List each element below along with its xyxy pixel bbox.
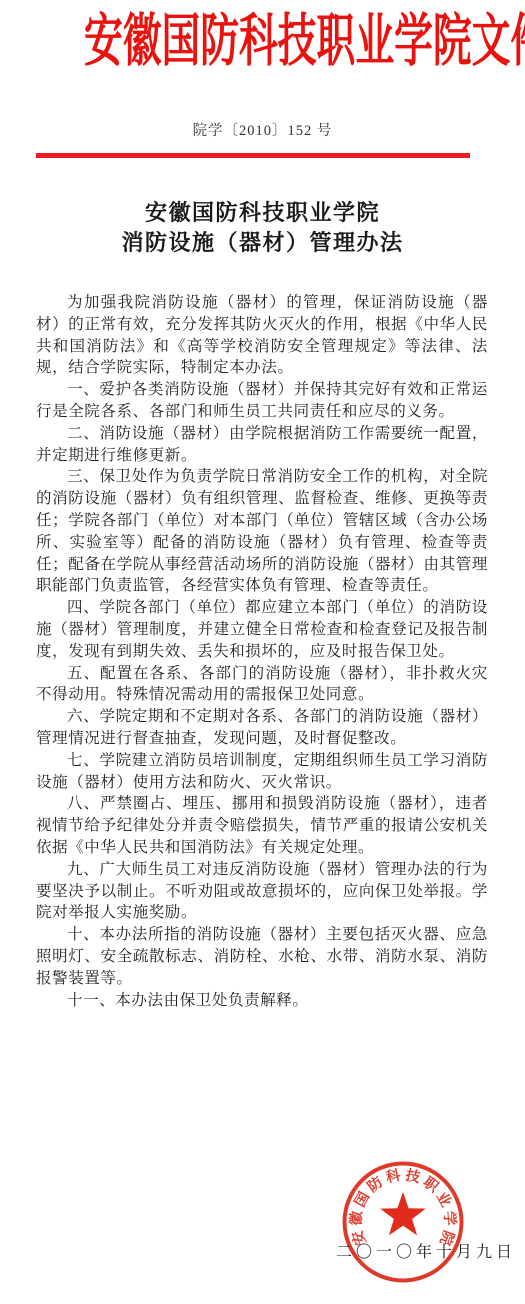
issue-date: 二〇一〇年十月九日	[336, 1243, 516, 1262]
body-paragraph: 十、本办法所指的消防设施（器材）主要包括灭火器、应急照明灯、安全疏散标志、消防栓…	[36, 924, 488, 989]
body-paragraph: 八、严禁圈占、埋压、挪用和损毁消防设施（器材），违者视情节给予纪律处分并责令赔偿…	[36, 793, 488, 858]
body-paragraph: 三、保卫处作为负责学院日常消防安全工作的机构，对全院的消防设施（器材）负有组织管…	[36, 466, 488, 597]
red-divider-line	[36, 153, 470, 158]
document-body: 为加强我院消防设施（器材）的管理，保证消防设施（器材）的正常有效，充分发挥其防火…	[36, 292, 488, 1011]
doc-number: 院学〔2010〕152 号	[0, 120, 525, 142]
body-paragraph: 十一、本办法由保卫处负责解释。	[36, 990, 488, 1012]
body-paragraph: 九、广大师生员工对违反消防设施（器材）管理办法的行为要坚决予以制止。不听劝阻或故…	[36, 859, 488, 924]
body-paragraph: 二、消防设施（器材）由学院根据消防工作需要统一配置，并定期进行维修更新。	[36, 423, 488, 467]
letterhead-org-title: 安徽国防科技职业学院文件	[84, 8, 441, 76]
document-page: 安徽国防科技职业学院文件 院学〔2010〕152 号 安徽国防科技职业学院 消防…	[0, 0, 525, 1304]
official-seal: 安徽国防科技职业学院	[328, 1147, 478, 1297]
body-paragraph: 六、学院定期和不定期对各系、各部门的消防设施（器材）管理情况进行督查抽查，发现问…	[36, 706, 488, 750]
seal-character: 科	[384, 1166, 402, 1187]
document-title-line2: 消防设施（器材）管理办法	[0, 228, 525, 258]
seal-character: 徽	[348, 1210, 366, 1226]
document-title-line1: 安徽国防科技职业学院	[0, 198, 525, 228]
body-paragraph: 七、学院建立消防员培训制度，定期组织师生员工学习消防设施（器材）使用方法和防火、…	[36, 750, 488, 794]
red-star-icon	[380, 1192, 426, 1235]
body-paragraph: 五、配置在各系、各部门的消防设施（器材），非扑救火灾不得动用。特殊情况需动用的需…	[36, 663, 488, 707]
document-title: 安徽国防科技职业学院 消防设施（器材）管理办法	[0, 198, 525, 258]
seal-character: 技	[403, 1166, 422, 1186]
body-paragraph: 四、学院各部门（单位）都应建立本部门（单位）的消防设施（器材）管理制度，并建立健…	[36, 597, 488, 662]
body-paragraph: 一、爱护各类消防设施（器材）并保持其完好有效和正常运行是全院各系、各部门和师生员…	[36, 379, 488, 423]
body-paragraph: 为加强我院消防设施（器材）的管理，保证消防设施（器材）的正常有效，充分发挥其防火…	[36, 292, 488, 379]
seal-character: 学	[440, 1210, 459, 1226]
